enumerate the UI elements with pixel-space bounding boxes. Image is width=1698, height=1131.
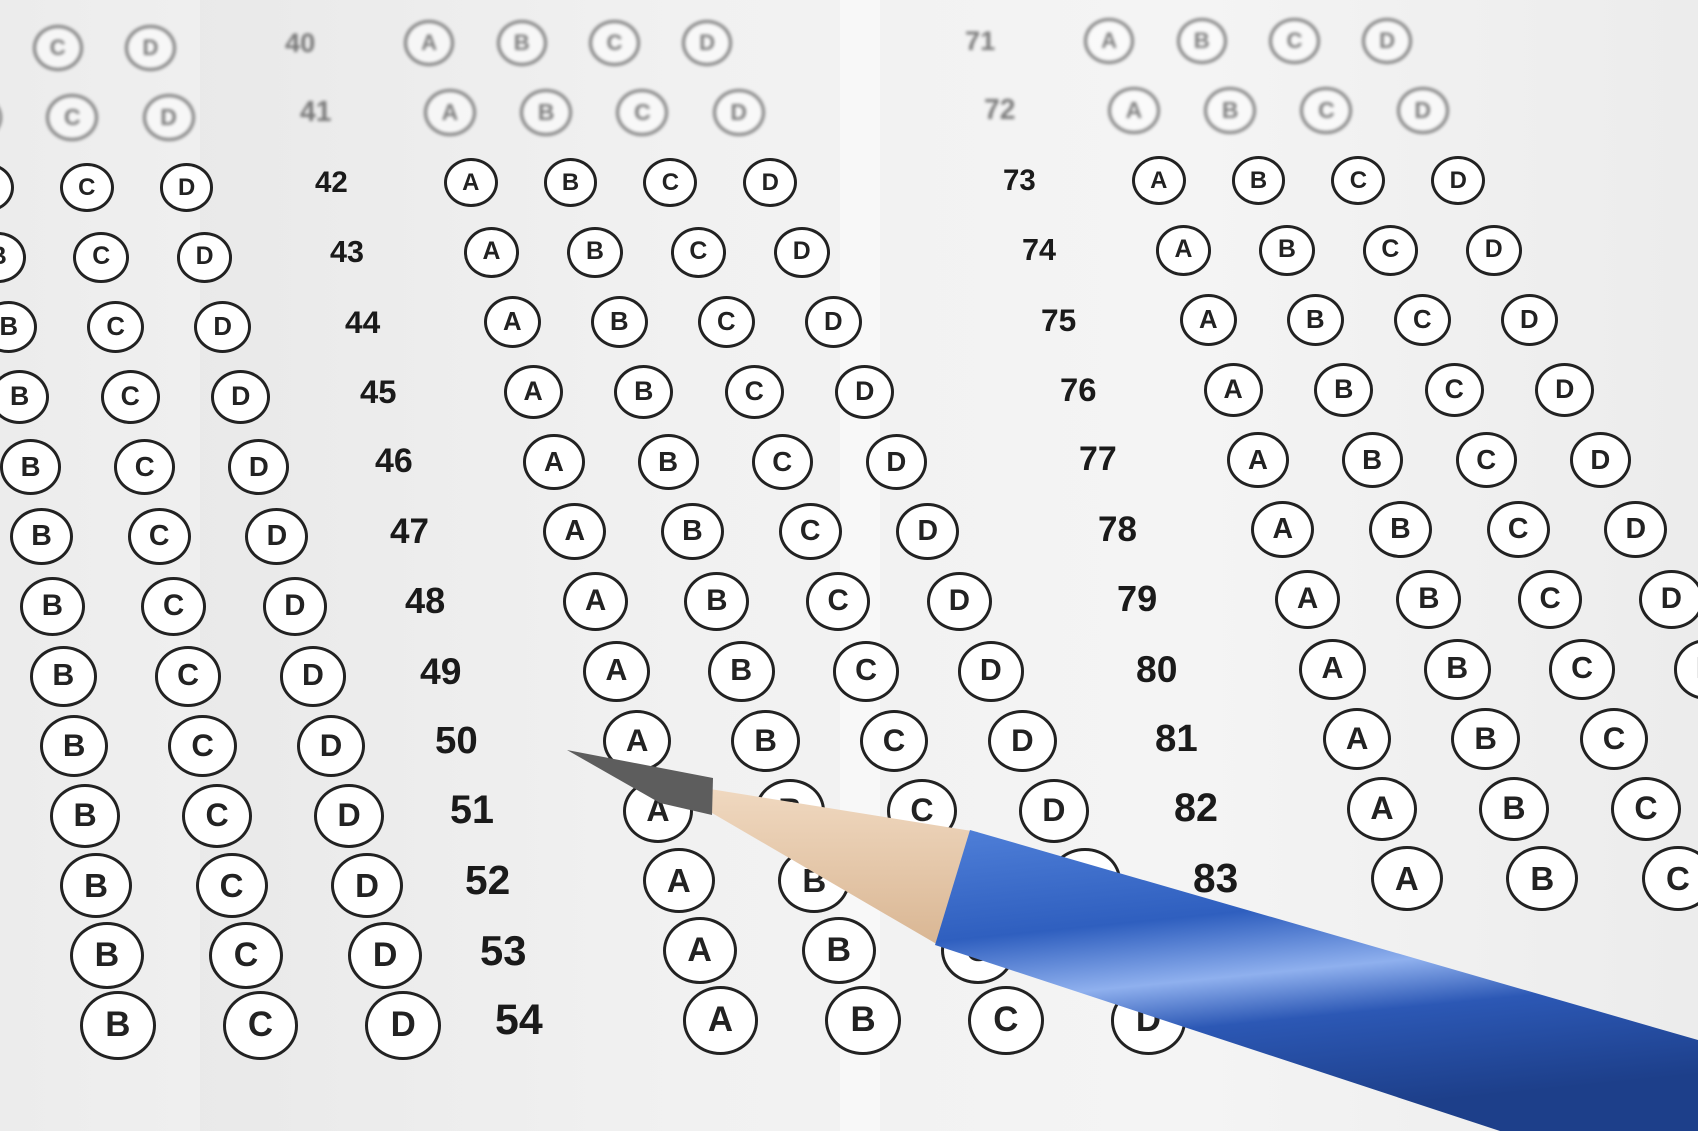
pencil-body	[935, 830, 1698, 1131]
pencil	[0, 0, 1698, 1131]
pencil-lead-tip	[567, 750, 713, 815]
